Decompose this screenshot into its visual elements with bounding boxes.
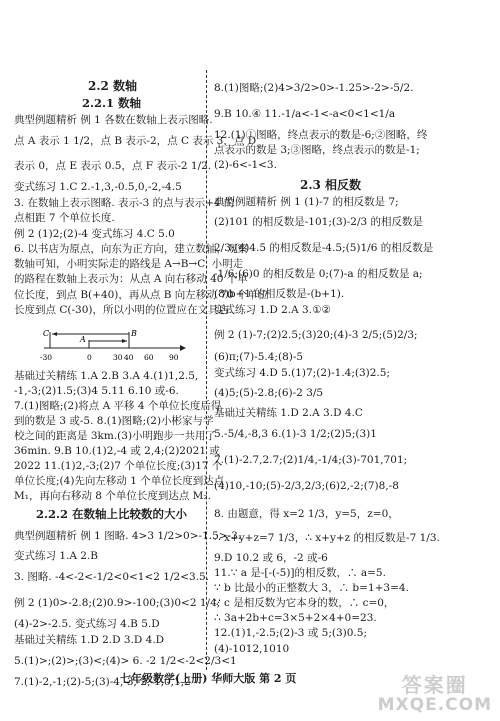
text-line: 变式练习 1.D 2.A 3.①② (214, 304, 331, 317)
text-line: 数轴可知，小明实际走的路线是 A→B→C. 小明走 (14, 258, 243, 271)
text-line: 例 2 (1)-7;(2)2.5;(3)20;(4)-3 2/5;(5)2/3; (214, 329, 418, 342)
text-line: 表示 0，点 E 表示 0.5，点 F 表示-2 1/2. (14, 160, 211, 173)
section-title: 2.3 相反数 (300, 179, 361, 192)
text-line: ∴ 3a+2b+c=3×5+2×4+0=23. (214, 612, 377, 625)
svg-text:B: B (130, 329, 137, 338)
subsection-title: 2.2.2 在数轴上比较数的大小 (36, 508, 187, 521)
text-line: (4)10,-10;(5)-2/3,2/3;(6)2,-2;(7)8,-8 (214, 480, 399, 493)
text-line: ∴ x+y+z=7 1/3，∴ x+y+z 的相反数是-7 1/3. (214, 532, 440, 545)
text-line: 8.(1)图略;(2)4>3/2>0>-1.25>-2>-5/2. (214, 82, 414, 95)
text-line: 36min. 9.B 10.(1)2,-4 或 2,4;(2)2021 或 (14, 445, 220, 458)
svg-text:60: 60 (144, 353, 154, 362)
section-title: 2.2 数轴 (88, 80, 137, 93)
text-line: 长度到点 C(-30)，所以小明的位置应在文具店. (14, 304, 232, 317)
text-line: 6. 以书店为原点，向东为正方向，建立数轴，观察 (14, 243, 248, 256)
text-line: 8. 由题意，得 x=2 1/3，y=5，z=0， (214, 508, 399, 521)
svg-text:-30: -30 (40, 353, 52, 362)
text-line: 典型例题精析 例 1 图略. 4>3 1/2>0>-1.5>-3. (14, 530, 241, 543)
text-line: (4)-1012,1010 (214, 643, 289, 656)
text-line: 变式练习 1.A 2.B (14, 550, 98, 563)
text-line: (2)-6<-1<3. (214, 159, 277, 172)
text-line: 典型例题精析 例 1 (1)-7 的相反数是 7; (214, 196, 399, 209)
text-line: 2022 11.(1)2,-3;(2)7 个单位长度;(3)17 个 (14, 460, 222, 473)
text-line: 到的数是 3 或-5. 8.(1)图略;(2)小彬家与学 (14, 415, 214, 428)
text-line: 例 2 (1)0>-2.8;(2)0.9>-100;(3)0<2 1/4; (14, 597, 220, 610)
text-line: 7.(1)-2.7,2.7;(2)1/4,-1/4;(3)-701,701; (214, 454, 407, 467)
text-line: ∵ b 比最小的正整数大 3，∴ b=1+3=4. (214, 582, 409, 595)
svg-text:30: 30 (113, 353, 123, 362)
text-line: 12.(1)①图略，终点表示的数是-6;②图略，终 (214, 129, 427, 142)
text-line: (4)5;(5)-2.8;(6)-2 3/5 (214, 387, 323, 400)
text-line: -1/6;(6)0 的相反数是 0;(7)-a 的相反数是 a; (214, 268, 423, 281)
text-line: 3. 图略. -4<-2<-1/2<0<1<2 1/2<3.5. (14, 571, 209, 584)
text-line: 2/3;(4)4.5 的相反数是-4.5;(5)1/6 的相反数是 (214, 242, 433, 255)
text-line: M₁，再向右移动 8 个单位长度到达点 M₂. (14, 490, 211, 503)
text-line: 3. 在数轴上表示图略. 表示-3 的点与表示+4 的 (14, 197, 234, 210)
text-line: 9.B 10.④ 11.-1/a<-1<-a<0<1<1/a (214, 108, 395, 121)
text-line: 9.D 10.2 或 6，-2 或-6 (214, 552, 328, 565)
text-line: 的路程在数轴上表示为：从点 A 向右移动 40 个单 (14, 273, 248, 286)
text-line: (8)b+1 的相反数是-(b+1). (214, 288, 344, 301)
text-line: 12.(1)1,-2.5;(2)-3 或 5;(3)0.5; (214, 627, 367, 640)
watermark-logo: 答案圈 MXQE.COM (378, 675, 492, 715)
watermark-text: 答案圈 (378, 675, 492, 695)
text-line: 变式练习 4.D 5.(1)7;(2)-1.4;(3)2.5; (214, 367, 390, 380)
text-line: 11.∵ a 是-[-(-5)]的相反数，∴ a=5. (214, 567, 386, 580)
text-line: 校之间的距离是 3km.(3)小明跑步一共用了 (14, 430, 216, 443)
text-line: 5.-5/4,-8,3 6.(1)-3 1/2;(2)5;(3)1 (214, 428, 377, 441)
svg-text:90: 90 (169, 353, 179, 362)
text-line: 点表示的数是 3;③图略，终点表示的数是-1; (214, 144, 420, 157)
page-footer: 七年级数学(上册) 华师大版 第 2 页 (120, 670, 296, 686)
text-line: 基础过关精练 1.A 2.B 3.A 4.(1)1,2.5, (14, 370, 198, 383)
text-line: 例 2 (1)2;(2)-4 变式练习 4.C 5.0 (14, 228, 175, 241)
subsection-title: 2.2.1 数轴 (82, 97, 141, 110)
svg-text:C: C (43, 329, 49, 338)
text-line: 典型例题精析 例 1 各数在数轴上表示图略. (14, 114, 213, 127)
text-line: 变式练习 1.C 2.-1,3,-0.5,0,-2,-4.5 (14, 181, 182, 194)
text-line: 单位长度;(4)先向左移动 1 个单位长度到达点 (14, 475, 224, 488)
svg-text:0: 0 (87, 353, 92, 362)
text-line: 7.(1)图略;(2)将点 A 平移 4 个单位长度后得 (14, 400, 221, 413)
text-line: 5.(1)>;(2)>;(3)<;(4)> 6. -2 1/2<-2<2/3<1 (14, 655, 237, 668)
text-line: (2)101 的相反数是-101;(3)-2/3 的相反数是 (214, 216, 423, 229)
text-line: 基础过关精练 1.D 2.D 3.D 4.D (14, 634, 164, 647)
number-line-diagram: C A B -30 0 30 40 60 90 (14, 326, 204, 366)
text-line: -1,-3;(2)1.5;(3)4 5.11 6.10 或-6. (14, 385, 179, 398)
text-line: 点相距 7 个单位长度. (14, 212, 115, 225)
text-line: 基础过关精练 1.D 2.A 3.D 4.C (214, 407, 363, 420)
text-line: (6)π;(7)-5.4;(8)-5 (214, 351, 303, 364)
text-line: ∵ c 是相反数为它本身的数，∴ c=0， (214, 597, 394, 610)
watermark-url: MXQE.COM (378, 695, 492, 715)
text-line: (4)-2>-2.5. 变式练习 4.B 5.D (14, 618, 160, 631)
svg-text:40: 40 (124, 353, 134, 362)
svg-text:A: A (79, 335, 86, 344)
